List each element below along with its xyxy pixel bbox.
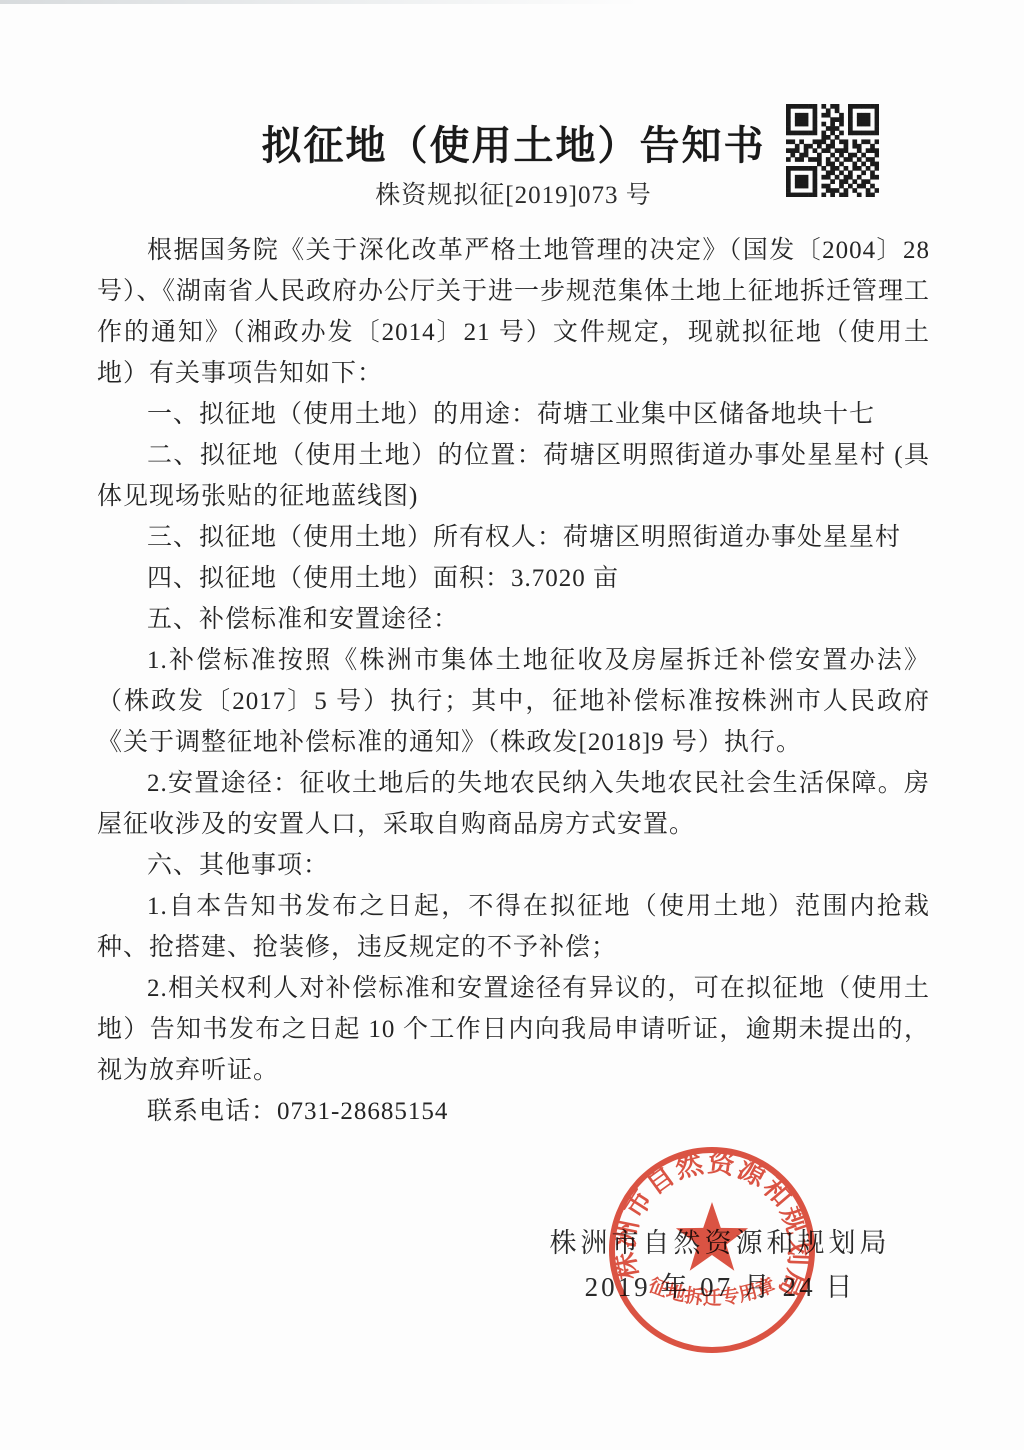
document-number: 株资规拟征[2019]073 号	[97, 181, 930, 211]
item-4-land-area: 四、拟征地（使用土地）面积：3.7020 亩	[97, 558, 930, 599]
official-seal: 株洲市自然资源和规划局 征地拆迁专用章	[602, 1140, 822, 1360]
item-6-2-hearing-rights: 2.相关权利人对补偿标准和安置途径有异议的，可在拟征地（使用土地）告知书发布之日…	[97, 968, 930, 1091]
item-2-land-location: 二、拟征地（使用土地）的位置：荷塘区明照街道办事处星星村 (具体见现场张贴的征地…	[97, 435, 930, 517]
contact-phone: 联系电话：0731-28685154	[97, 1091, 930, 1132]
document-body: 根据国务院《关于深化改革严格土地管理的决定》（国发〔2004〕28 号）、《湖南…	[97, 230, 930, 1132]
item-5-2-resettlement-way: 2.安置途径：征收土地后的失地农民纳入失地农民社会生活保障。房屋征收涉及的安置人…	[97, 763, 930, 845]
seal-star-icon	[676, 1202, 748, 1271]
seal-bottom-text: 征地拆迁专用章	[646, 1273, 779, 1309]
item-3-land-owner: 三、拟征地（使用土地）所有权人：荷塘区明照街道办事处星星村	[97, 517, 930, 558]
scanned-notice-page: 拟征地（使用土地）告知书 株资规拟征[2019]073 号 根据国务院《关于深化…	[0, 0, 1024, 1450]
item-1-land-purpose: 一、拟征地（使用土地）的用途：荷塘工业集中区储备地块十七	[97, 394, 930, 435]
paragraph-intro: 根据国务院《关于深化改革严格土地管理的决定》（国发〔2004〕28 号）、《湖南…	[97, 230, 930, 394]
item-5-compensation-heading: 五、补偿标准和安置途径：	[97, 599, 930, 640]
item-5-1-compensation-standard: 1.补偿标准按照《株洲市集体土地征收及房屋拆迁补偿安置办法》（株政发〔2017〕…	[97, 640, 930, 763]
item-6-other-heading: 六、其他事项：	[97, 845, 930, 886]
svg-text:征地拆迁专用章: 征地拆迁专用章	[646, 1273, 779, 1309]
item-6-1-no-rush-building: 1.自本告知书发布之日起，不得在拟征地（使用土地）范围内抢栽种、抢搭建、抢装修，…	[97, 886, 930, 968]
scan-artifact-line	[0, 0, 640, 4]
